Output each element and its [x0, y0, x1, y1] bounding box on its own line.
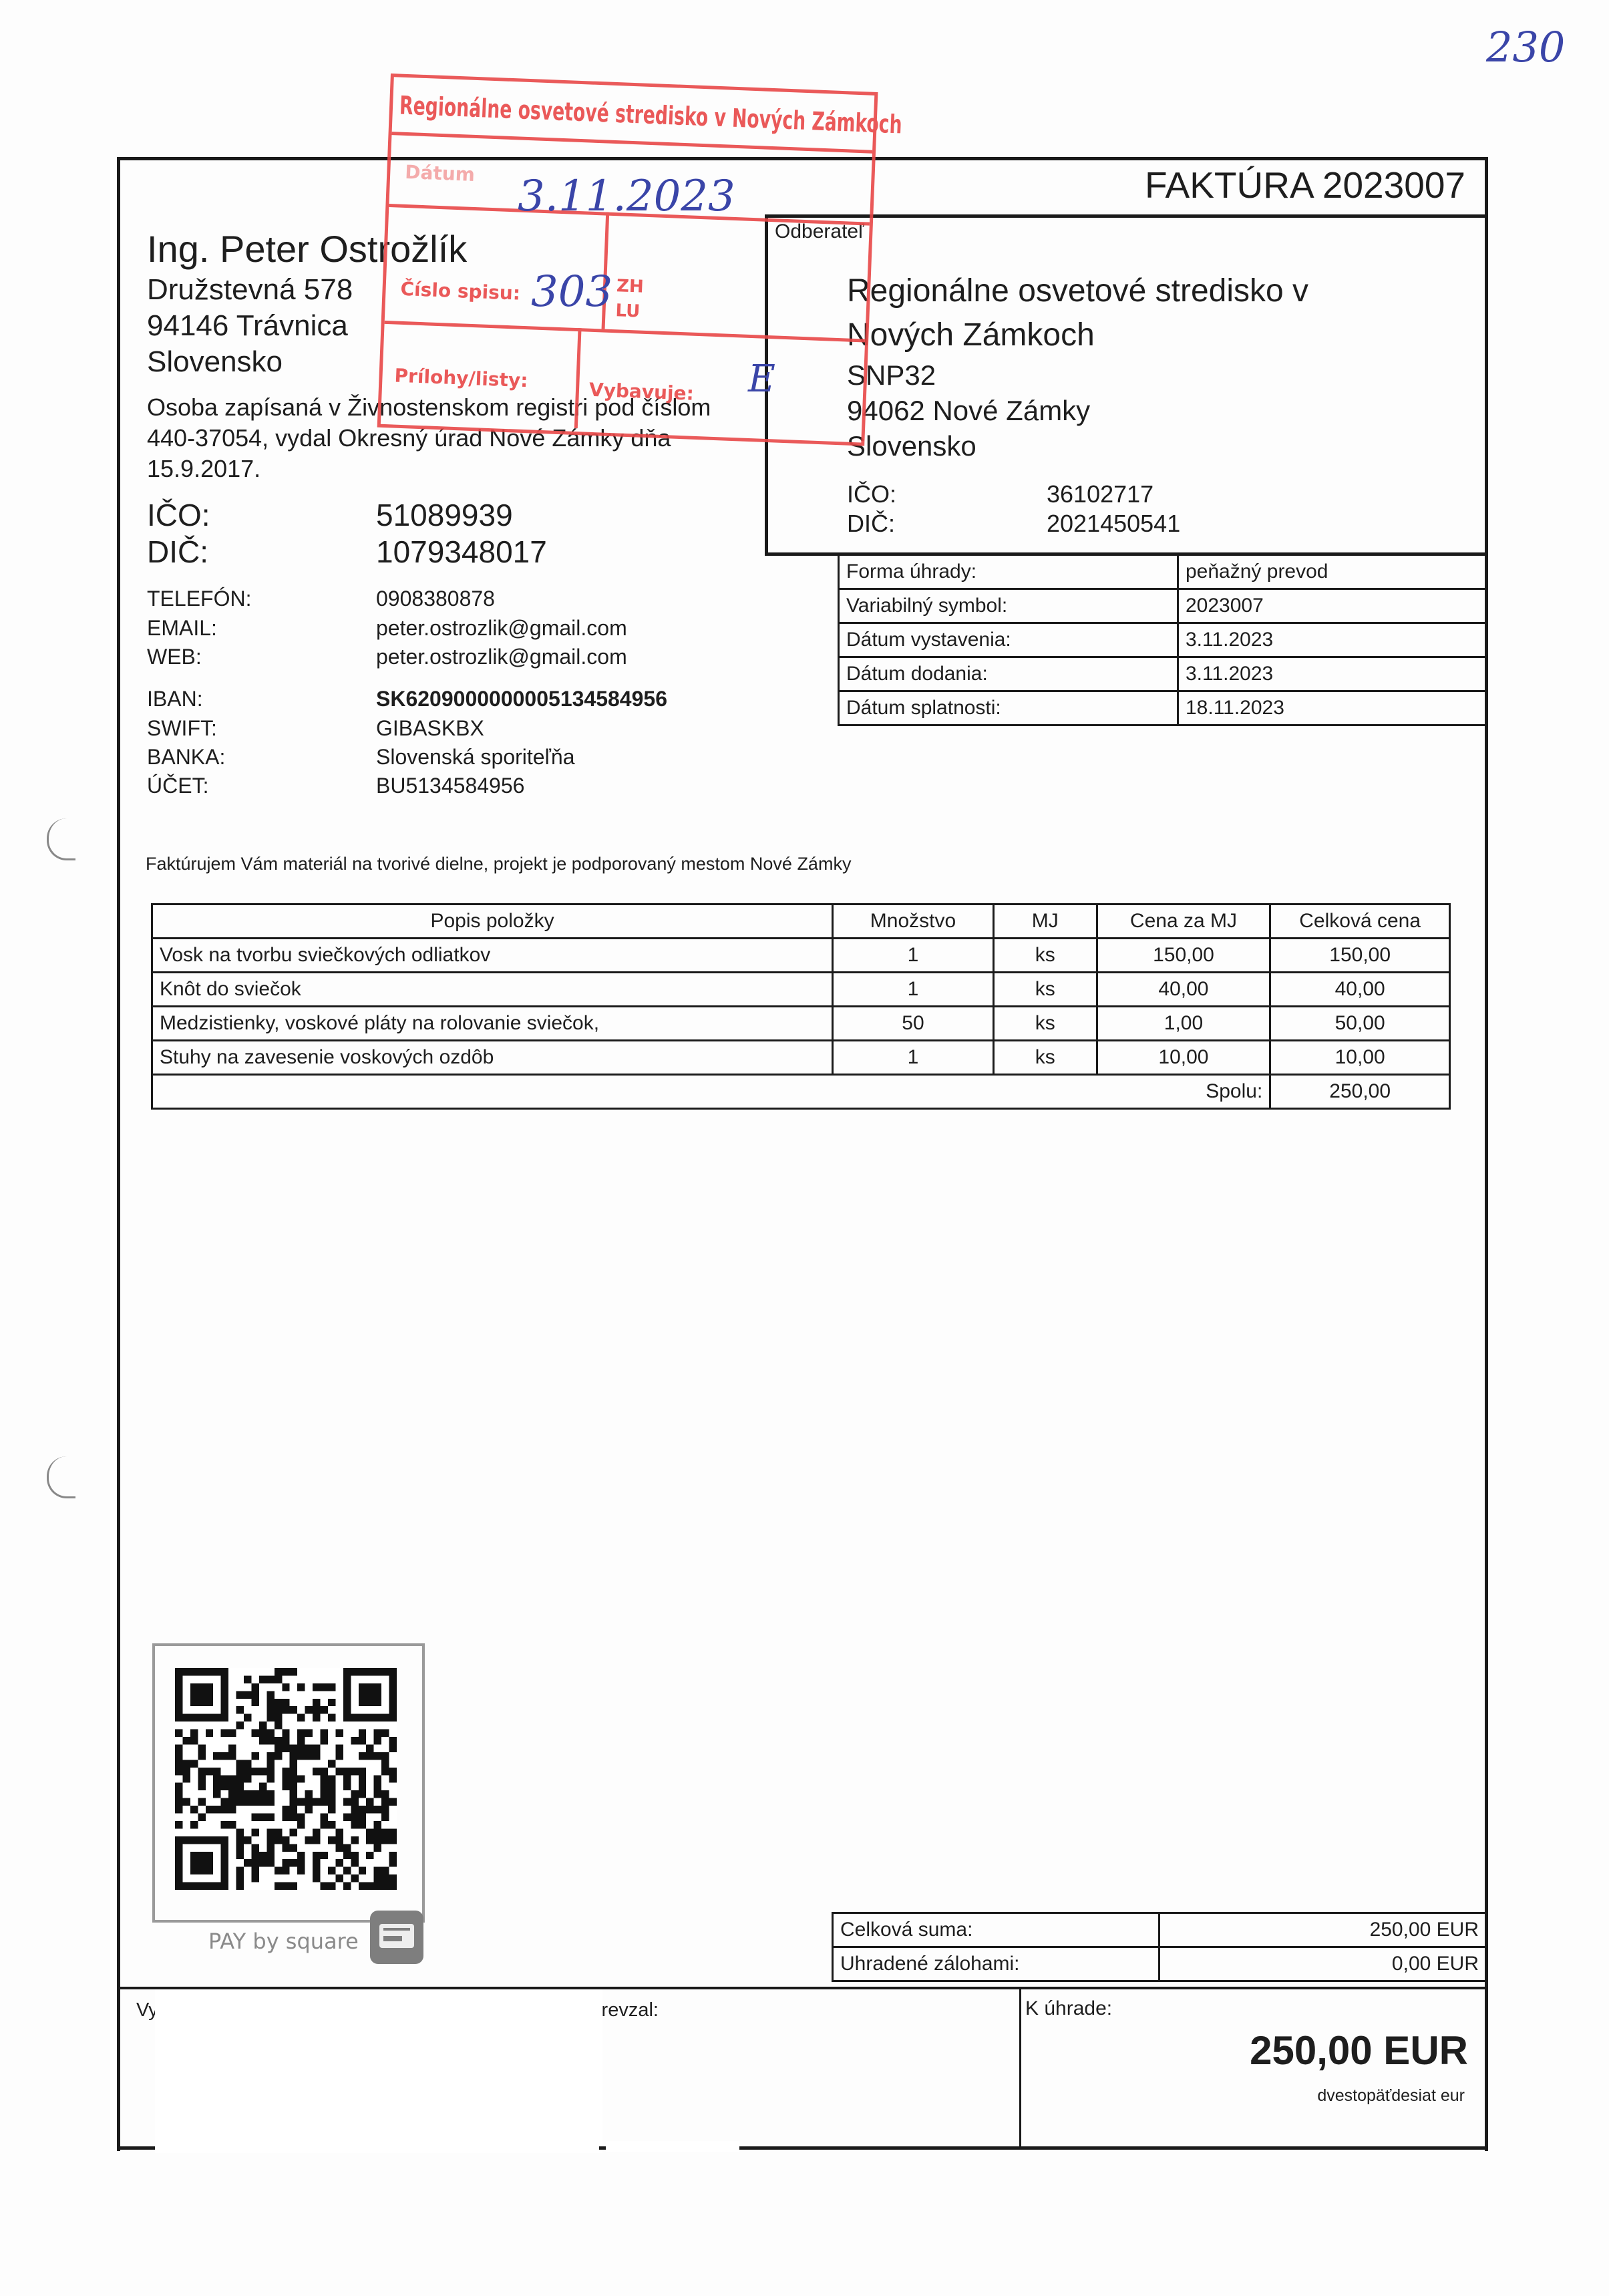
- item-unit: ks: [993, 973, 1097, 1007]
- stamp-attachments-label: Prílohy/listy:: [394, 365, 528, 392]
- items-column-header: Popis položky: [152, 905, 833, 939]
- contact-web[interactable]: peter.ostrozlik@gmail.com: [376, 646, 627, 667]
- supplier-ico: 51089939: [376, 500, 513, 530]
- bank-name-label: BANKA:: [147, 746, 225, 768]
- supplier-dic-label: DIČ:: [147, 536, 208, 567]
- items-sum-row: Spolu: 250,00: [152, 1075, 1450, 1109]
- buyer-name-line2: Nových Zámkoch: [847, 319, 1095, 351]
- items-column-header: Celková cena: [1270, 905, 1450, 939]
- totals-label: Celková suma:: [833, 1913, 1159, 1947]
- buyer-ico: 36102717: [1047, 482, 1153, 506]
- totals-table: Celková suma:250,00 EURUhradené zálohami…: [832, 1912, 1487, 1982]
- payment-info-label: Variabilný symbol:: [839, 589, 1178, 623]
- item-unit: ks: [993, 1041, 1097, 1075]
- stamp-zh-label: ZH: [616, 276, 644, 297]
- item-total: 150,00: [1270, 939, 1450, 973]
- contact-web-label: WEB:: [147, 646, 202, 667]
- payment-info-value: 3.11.2023: [1178, 657, 1486, 691]
- supplier-street: Družstevná 578: [147, 275, 353, 305]
- contact-email-label: EMAIL:: [147, 617, 217, 639]
- contact-email[interactable]: peter.ostrozlik@gmail.com: [376, 617, 627, 639]
- bank-account: BU5134584956: [376, 775, 524, 796]
- bank-iban-label: IBAN:: [147, 688, 203, 709]
- items-sum-value: 250,00: [1270, 1075, 1450, 1109]
- buyer-name-line1: Regionálne osvetové stredisko v: [847, 275, 1308, 307]
- stamp-organization: Regionálne osvetové stredisko v Nových Z…: [399, 91, 902, 140]
- invoice-title: FAKTÚRA 2023007: [1145, 167, 1465, 204]
- item-total: 40,00: [1270, 973, 1450, 1007]
- totals-row: Celková suma:250,00 EUR: [833, 1913, 1487, 1947]
- item-quantity: 50: [833, 1007, 994, 1041]
- item-unit-price: 10,00: [1097, 1041, 1270, 1075]
- items-row: Knôt do sviečok1ks40,0040,00: [152, 973, 1450, 1007]
- items-row: Vosk na tvorbu sviečkových odliatkov1ks1…: [152, 939, 1450, 973]
- bank-swift-label: SWIFT:: [147, 717, 217, 739]
- item-quantity: 1: [833, 1041, 994, 1075]
- registration-note-line3: 15.9.2017.: [147, 457, 260, 481]
- payment-info-row: Dátum splatnosti:18.11.2023: [839, 691, 1486, 725]
- items-row: Medzistienky, voskové pláty na rolovanie…: [152, 1007, 1450, 1041]
- payment-info-value: peňažný prevod: [1178, 555, 1486, 589]
- binder-mark-bottom: [47, 1456, 75, 1498]
- item-total: 10,00: [1270, 1041, 1450, 1075]
- item-total: 50,00: [1270, 1007, 1450, 1041]
- item-unit: ks: [993, 939, 1097, 973]
- buyer-country: Slovensko: [847, 432, 976, 460]
- contact-phone-label: TELEFÓN:: [147, 588, 251, 609]
- item-unit-price: 150,00: [1097, 939, 1270, 973]
- stamp-date-handwritten: 3.11.2023: [518, 175, 735, 218]
- payment-info-row: Forma úhrady:peňažný prevod: [839, 555, 1486, 589]
- pay-by-square-qr-code[interactable]: [175, 1668, 397, 1890]
- buyer-ico-label: IČO:: [847, 482, 896, 506]
- payment-info-label: Dátum dodania:: [839, 657, 1178, 691]
- items-sum-label: Spolu:: [152, 1075, 1270, 1109]
- stamp-lu-label: LU: [615, 301, 641, 321]
- items-column-header: Cena za MJ: [1097, 905, 1270, 939]
- items-row: Stuhy na zavesenie voskových ozdôb1ks10,…: [152, 1041, 1450, 1075]
- item-description: Vosk na tvorbu sviečkových odliatkov: [152, 939, 833, 973]
- redaction-signature-issuer: [155, 1989, 602, 2153]
- payment-info-row: Dátum dodania:3.11.2023: [839, 657, 1486, 691]
- to-pay-words: dvestopäťdesiat eur: [1317, 2088, 1465, 2104]
- buyer-dic-label: DIČ:: [847, 512, 895, 536]
- payment-info-label: Dátum splatnosti:: [839, 691, 1178, 725]
- stamp-file-number-label: Číslo spisu:: [400, 278, 521, 305]
- item-quantity: 1: [833, 973, 994, 1007]
- bank-iban: SK6209000000005134584956: [376, 688, 667, 709]
- stamp-handled-by-handwritten: E: [748, 361, 775, 398]
- item-unit: ks: [993, 1007, 1097, 1041]
- items-column-header: MJ: [993, 905, 1097, 939]
- item-description: Stuhy na zavesenie voskových ozdôb: [152, 1041, 833, 1075]
- totals-value: 250,00 EUR: [1159, 1913, 1486, 1947]
- item-unit-price: 1,00: [1097, 1007, 1270, 1041]
- item-description: Knôt do sviečok: [152, 973, 833, 1007]
- bank-name: Slovenská sporiteľňa: [376, 746, 575, 768]
- bank-account-label: ÚČET:: [147, 775, 208, 796]
- supplier-city: 94146 Trávnica: [147, 311, 348, 341]
- stamp-date-label: Dátum: [405, 161, 476, 186]
- supplier-ico-label: IČO:: [147, 500, 210, 530]
- supplier-dic: 1079348017: [376, 536, 547, 567]
- item-unit-price: 40,00: [1097, 973, 1270, 1007]
- buyer-city: 94062 Nové Zámky: [847, 397, 1090, 425]
- received-by-label: 'revzal:: [598, 2001, 659, 2020]
- item-description: Medzistienky, voskové pláty na rolovanie…: [152, 1007, 833, 1041]
- payment-info-label: Dátum vystavenia:: [839, 623, 1178, 657]
- qr-caption: PAY by square: [208, 1931, 359, 1952]
- buyer-dic: 2021450541: [1047, 512, 1180, 536]
- to-pay-label: K úhrade:: [1025, 1999, 1112, 2019]
- handwritten-page-number: 230: [1486, 27, 1565, 68]
- intro-text: Faktúrujem Vám materiál na tvorivé dieln…: [146, 855, 851, 873]
- payment-info-value: 2023007: [1178, 589, 1486, 623]
- payment-info-label: Forma úhrady:: [839, 555, 1178, 589]
- binder-mark-top: [47, 818, 75, 860]
- totals-label: Uhradené zálohami:: [833, 1947, 1159, 1981]
- registry-stamp: Regionálne osvetové stredisko v Nových Z…: [377, 73, 878, 446]
- redaction-signature-receiver: [606, 2141, 739, 2152]
- stamp-file-number-handwritten: 303: [531, 271, 612, 313]
- supplier-country: Slovensko: [147, 347, 283, 377]
- payment-info-value: 18.11.2023: [1178, 691, 1486, 725]
- frame-left: [117, 157, 120, 2151]
- bank-swift: GIBASKBX: [376, 717, 484, 739]
- payment-info-table: Forma úhrady:peňažný prevodVariabilný sy…: [838, 554, 1487, 726]
- frame-bottom-stub: [599, 2146, 606, 2150]
- totals-value: 0,00 EUR: [1159, 1947, 1486, 1981]
- totals-row: Uhradené zálohami:0,00 EUR: [833, 1947, 1487, 1981]
- payment-info-value: 3.11.2023: [1178, 623, 1486, 657]
- items-header-row: Popis položkyMnožstvoMJCena za MJCelková…: [152, 905, 1450, 939]
- to-pay-amount: 250,00 EUR: [1250, 2031, 1468, 2071]
- items-column-header: Množstvo: [833, 905, 994, 939]
- items-table: Popis položkyMnožstvoMJCena za MJCelková…: [151, 903, 1451, 1110]
- item-quantity: 1: [833, 939, 994, 973]
- payment-info-row: Variabilný symbol:2023007: [839, 589, 1486, 623]
- footer-column-divider: [1019, 1988, 1021, 2148]
- pay-by-square-card-icon: [370, 1911, 423, 1964]
- payment-info-row: Dátum vystavenia:3.11.2023: [839, 623, 1486, 657]
- stamp-handled-by-label: Vybavuje:: [588, 379, 694, 405]
- contact-phone: 0908380878: [376, 588, 495, 609]
